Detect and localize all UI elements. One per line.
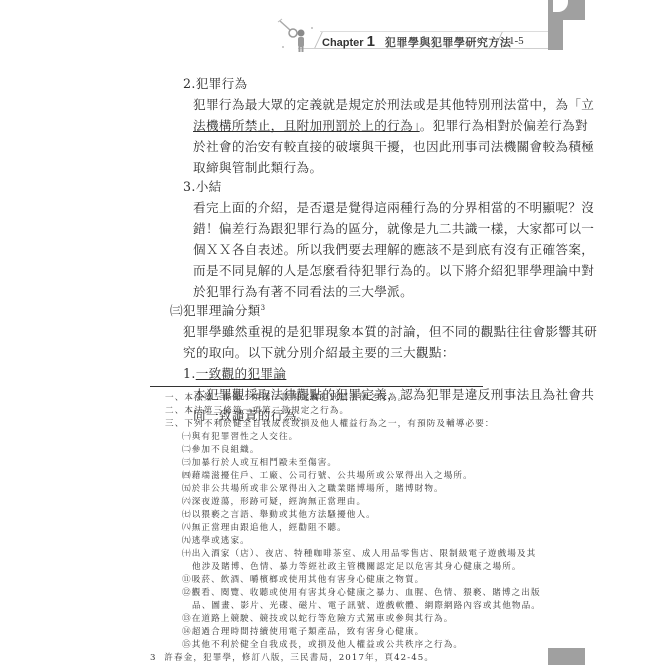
footnote-item: 品、圖畫、影片、光碟、磁片、電子訊號、遊戲軟體、網際網路內容或其他物品。 — [192, 599, 541, 611]
footnote-item: ⑬在道路上競駛、競技或以蛇行等危險方式駕車或參與其行為。 — [182, 612, 453, 624]
page-header: Chapter1犯罪學與犯罪學研究方法 1-5 — [0, 0, 665, 60]
footnote-item: ⑪吸菸、飲酒、嚼檳榔或使用其他有害身心健康之物質。 — [182, 573, 424, 585]
tab-numeral-one — [563, 20, 585, 50]
paragraph-line: 取締與管制此類行為。 — [193, 157, 322, 176]
underlined-definition: 法機構所禁止，且附加刑罰於上的行為」 — [193, 118, 420, 133]
paragraph-line: 犯罪行為最大眾的定義就是規定於刑法或是其他特別刑法當中，為「立 — [193, 94, 594, 113]
footnote-item: 三、下列不利於健全自我成長或損及他人權益行為之一，有預防及輔導必要： — [165, 417, 495, 429]
footnote-ref: 3 — [261, 304, 266, 312]
paragraph-line: 錯！偏差行為跟犯罪行為的區分，就像是九二共識一樣，大家都可以一 — [193, 218, 594, 237]
bottom-chapter-tab — [548, 648, 585, 665]
citation-text: 許春金，犯罪學，修訂八版，三民書局，2017年，頁42-45。 — [164, 653, 434, 663]
chapter-title: 犯罪學與犯罪學研究方法 — [385, 37, 512, 49]
footnote-item: ㈦以猥褻之言語、舉動或其他方法騷擾他人。 — [182, 508, 376, 520]
footnote-item: 一、本法第三條第一項第一款規定觸犯刑罰法律之行為。 — [165, 391, 407, 403]
section-heading: 3.小結 — [183, 176, 222, 195]
header-rule-top — [320, 31, 560, 32]
chapter-label: Chapter1犯罪學與犯罪學研究方法 — [322, 33, 511, 50]
footnote-item: ⑭超過合理時間持續使用電子類產品，致有害身心健康。 — [182, 625, 424, 637]
paragraph-line: 法機構所禁止，且附加刑罰於上的行為」。犯罪行為相對於偏差行為對 — [193, 115, 588, 134]
footnote-item: ㈥深夜遊蕩，形跡可疑，經詢無正當理由。 — [182, 495, 366, 507]
citation-number: 3 — [150, 653, 157, 663]
footnote-item: ㈩出入酒家（店）、夜店、特種咖啡茶室、成人用品零售店、限制級電子遊戲場及其 — [182, 547, 536, 559]
tab-numeral-curve — [553, 0, 568, 12]
paragraph-line: 於犯罪行為有著不同看法的三大學派。 — [193, 281, 413, 300]
footnote-item: ㈡參加不良組織。 — [182, 443, 260, 455]
paragraph-line: 犯罪學雖然重視的是犯罪現象本質的討論，但不同的觀點往往會影響其研 — [183, 321, 597, 340]
citation: 3 許春金，犯罪學，修訂八版，三民書局，2017年，頁42-45。 — [150, 651, 434, 663]
footnote-item: ㈨逃學或逃家。 — [182, 534, 250, 546]
subsection-heading: 1.一致觀的犯罪論 — [183, 363, 286, 382]
section-heading: 2.犯罪行為 — [183, 73, 248, 92]
footnote-item: ㈢加暴行於人或互相鬥毆未至傷害。 — [182, 456, 337, 468]
footnote-item: ㈧無正當理由跟追他人，經勸阻不聽。 — [182, 521, 347, 533]
paragraph-line: 於社會的治安有較直接的破壞與干擾，也因此刑事司法機關會較為積極 — [193, 136, 594, 155]
footnote-item: 二、本法第三條第一項第二款規定之行為。 — [165, 404, 349, 416]
chapter-tab — [548, 0, 585, 50]
footnote-item: ⑮其他不利於健全自我成長，或損及他人權益或公共秩序之行為。 — [182, 638, 463, 650]
footnote-item: ㈠與有犯罪習性之人交往。 — [182, 430, 298, 442]
page-number: 1-5 — [509, 35, 524, 47]
paragraph-line: 看完上面的介紹，是否還是覺得這兩種行為的分界相當的不明顯呢？沒 — [193, 197, 594, 216]
chapter-word: Chapter — [322, 37, 364, 49]
footnote-item: ㈣藉端滋擾住戶、工廠、公司行號、公共場所或公眾得出入之場所。 — [182, 469, 473, 481]
footnote-item: 他涉及賭博、色情、暴力等經社政主管機關認定足以危害其身心健康之場所。 — [192, 560, 522, 572]
key-mascot-icon — [276, 16, 326, 56]
paragraph-line: 而是不同見解的人是怎麼看待犯罪行為的。以下將介紹犯罪學理論中對 — [193, 260, 594, 279]
paragraph-line: 究的取向。以下就分別介紹最主要的三大觀點： — [183, 342, 455, 361]
section-heading: ㈢犯罪理論分類3 — [170, 300, 265, 319]
paragraph-line: 個ＸＸ各自表述。所以我們要去理解的應該不是到底有沒有正確答案， — [193, 239, 594, 258]
footnote-item: ⑫觀看、閱覽、收聽或使用有害其身心健康之暴力、血腥、色情、猥褻、賭博之出版 — [182, 586, 541, 598]
footnote-rule — [150, 386, 483, 387]
chapter-number: 1 — [367, 33, 375, 50]
footnote-item: ㈤於非公共場所或非公眾得出入之職業賭博場所，賭博財物。 — [182, 482, 444, 494]
